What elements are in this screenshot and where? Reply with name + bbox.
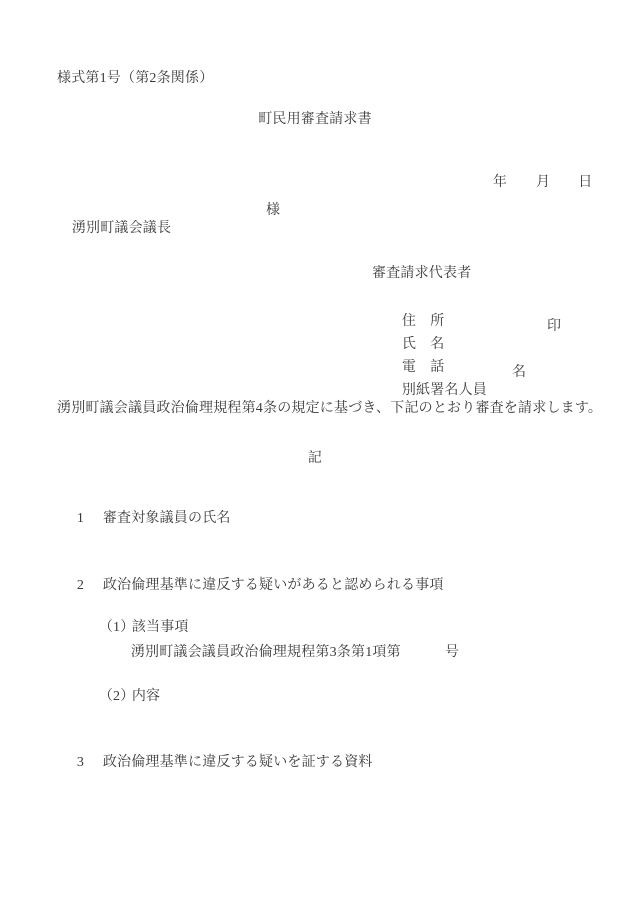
item-2-sub-2: （2）内容 (84, 670, 160, 723)
item-1: 1審査対象議員の氏名 (62, 492, 231, 545)
item-2-sub-2-number: （2） (99, 688, 132, 706)
ki-marker: 記 (0, 450, 630, 468)
seal-label: 印 (547, 318, 561, 336)
item-3-text: 政治倫理基準に違反する疑いを証する資料 (103, 755, 373, 770)
recipient-name: 湧別町議会議長 (72, 221, 171, 236)
date-day-label: 日 (578, 175, 592, 190)
date-month-label: 月 (536, 175, 550, 190)
page-title: 町民用審査請求書 (0, 111, 630, 129)
signers-count-unit-label: 名 (512, 364, 526, 382)
regulation-reference-text: 湧別町議会議員政治倫理規程第3条第1項第 (131, 645, 401, 660)
recipient-line: 湧別町議会議長 様 (57, 202, 171, 272)
item-3: 3政治倫理基準に違反する疑いを証する資料 (62, 736, 373, 789)
representative-signers-row: 別紙署名人員 名 (387, 364, 487, 434)
item-1-number: 1 (77, 510, 103, 528)
item-1-text: 審査対象議員の氏名 (103, 511, 231, 526)
representative-heading: 審査請求代表者 (372, 265, 471, 283)
number-unit-label: 号 (445, 645, 459, 660)
recipient-honorific: 様 (266, 202, 280, 220)
date-line: 年月日 (478, 156, 592, 209)
item-2-sub-2-text: 内容 (132, 689, 160, 704)
item-2-text: 政治倫理基準に違反する疑いがあると認められる事項 (103, 578, 444, 593)
item-2-sub-1-detail: 湧別町議会議員政治倫理規程第3条第1項第号 (116, 626, 459, 679)
signers-label: 別紙署名人員 (402, 383, 487, 398)
item-3-number: 3 (77, 754, 103, 772)
item-2-number: 2 (77, 577, 103, 595)
document-page: 様式第1号（第2条関係） 町民用審査請求書 年月日 湧別町議会議長 様 審査請求… (0, 0, 630, 915)
body-sentence: 湧別町議会議員政治倫理規程第4条の規定に基づき、下記のとおり審査を請求します。 (57, 400, 602, 418)
form-number: 様式第1号（第2条関係） (57, 70, 213, 88)
date-year-label: 年 (493, 175, 507, 190)
